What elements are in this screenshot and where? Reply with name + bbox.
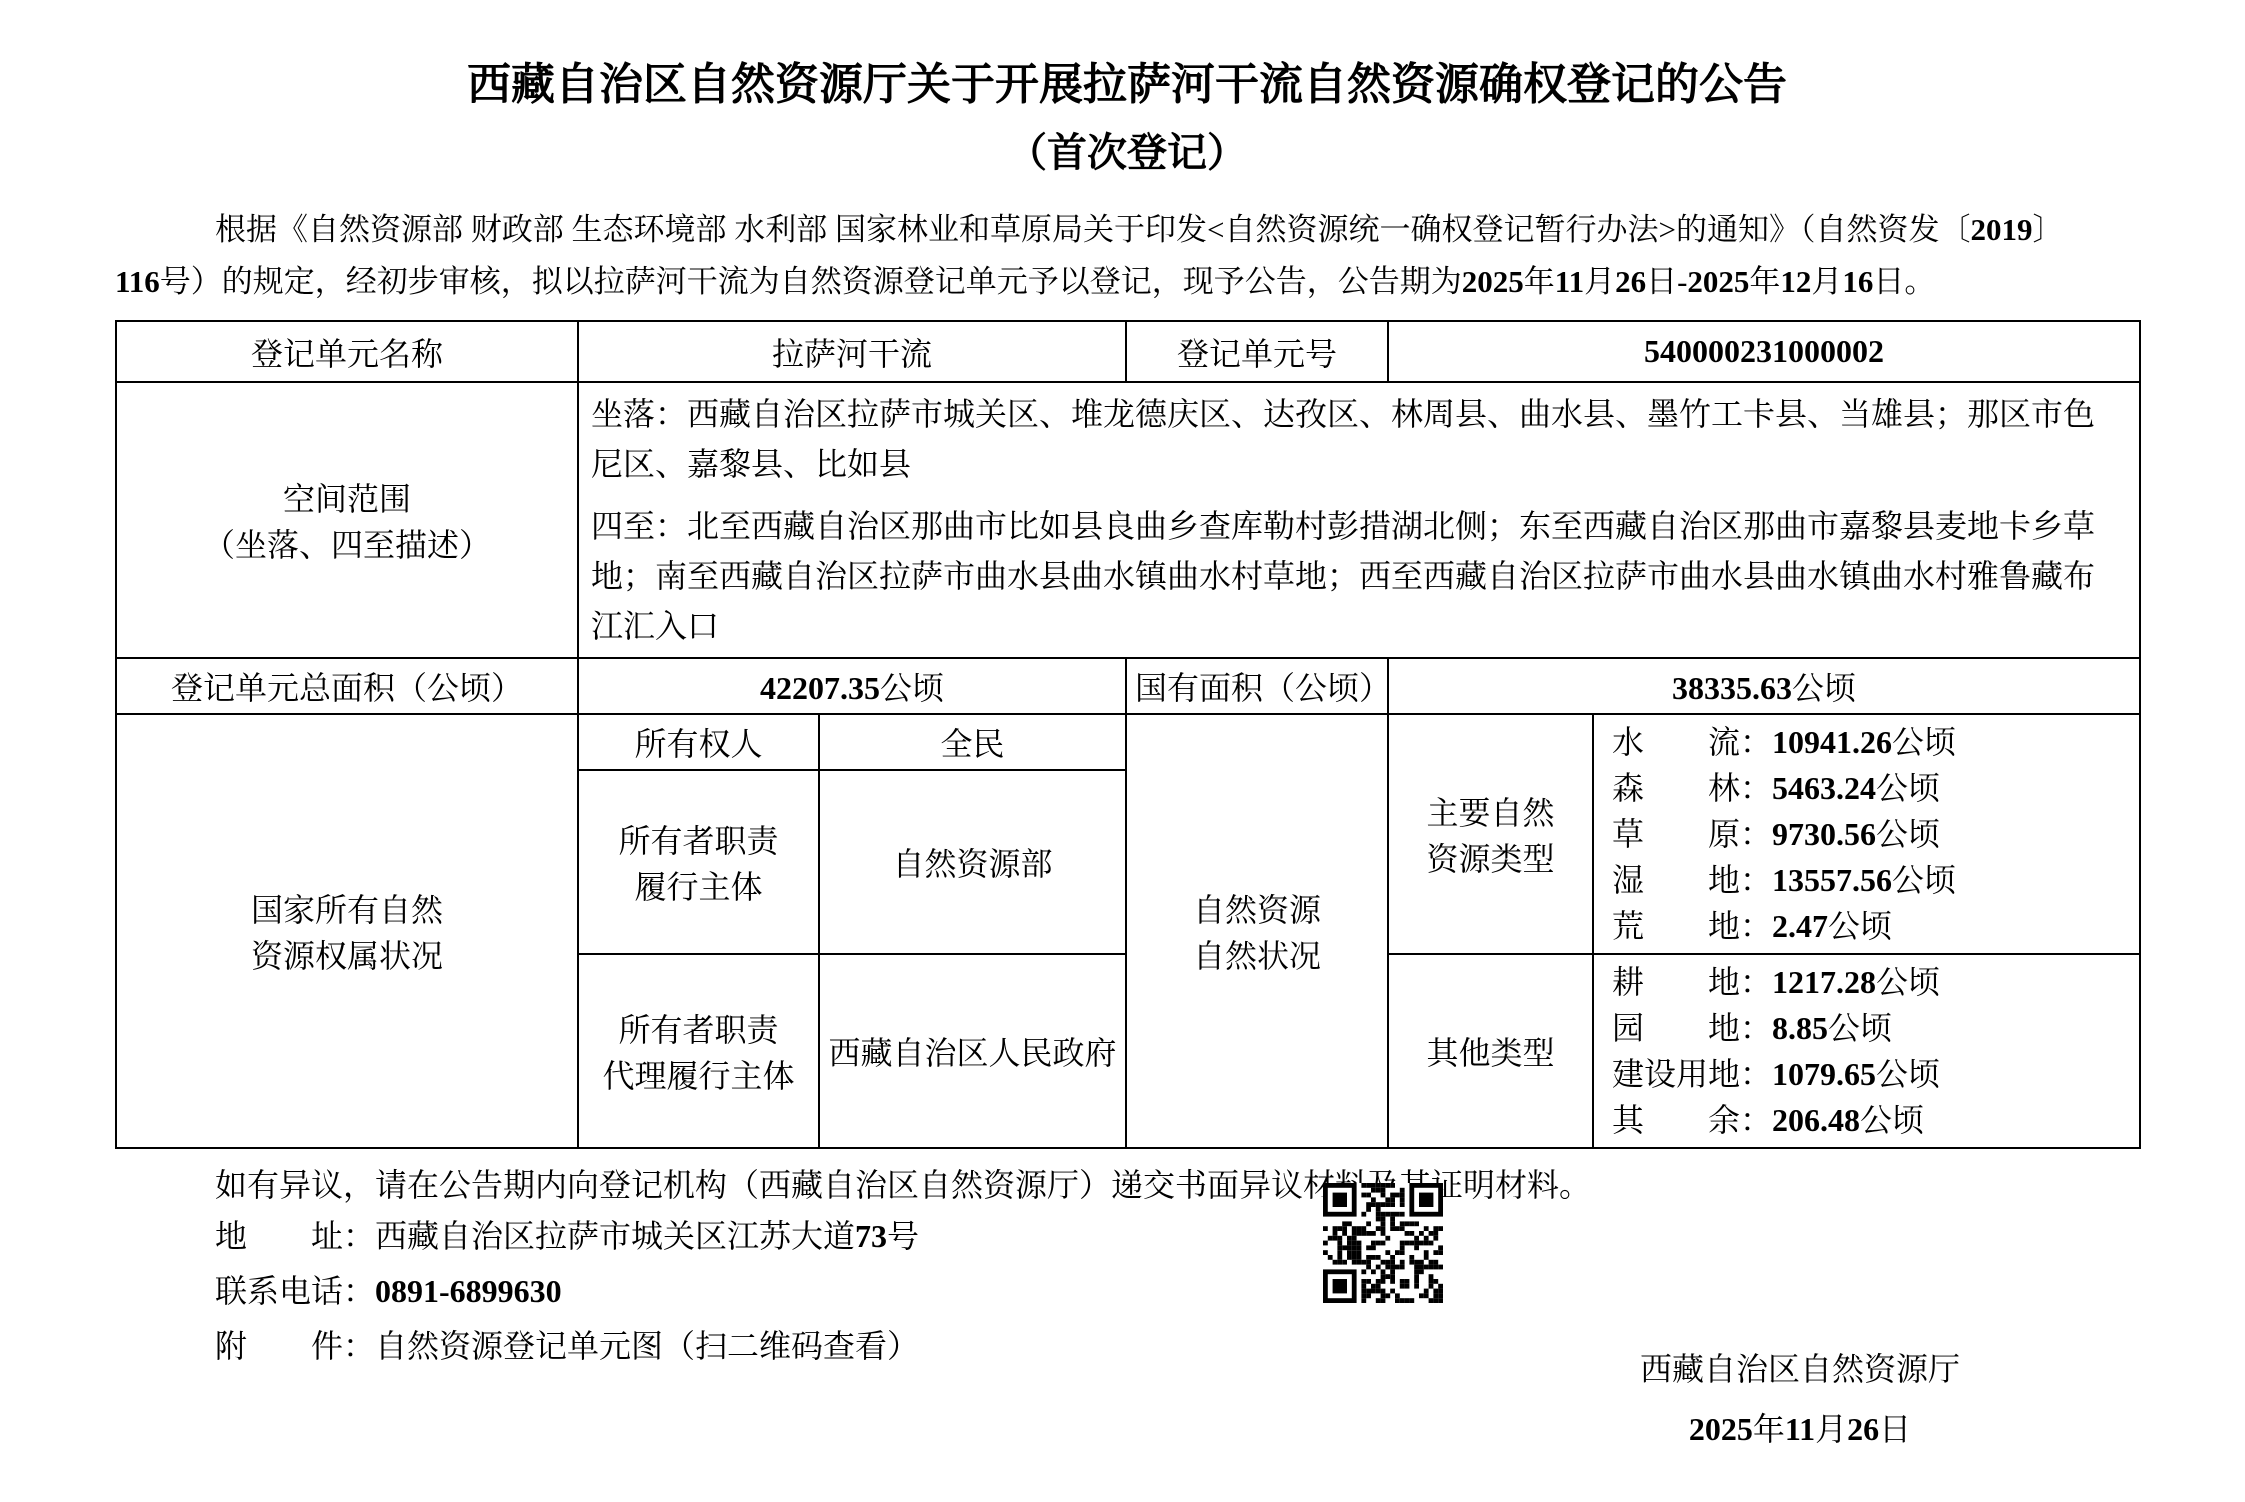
resource-item: 荒地：2.47公顷 [1612, 903, 2121, 949]
objection-note: 如有异议，请在公告期内向登记机构（西藏自治区自然资源厅）递交书面异议材料及其证明… [115, 1161, 2139, 1209]
ownership-section-label: 国家所有自然 资源权属状况 [116, 714, 578, 1148]
state-area-label: 国有面积（公顷） [1126, 658, 1388, 714]
resource-unit: 公顷 [1892, 857, 1956, 903]
address-line: 地址：西藏自治区拉萨市城关区江苏大道73号 [115, 1209, 2139, 1264]
resource-num: 5463.24 [1772, 765, 1876, 811]
resource-name: 湿地 [1612, 857, 1740, 903]
duty-performer-value: 自然资源部 [819, 770, 1126, 954]
resource-item: 园地：8.85公顷 [1612, 1005, 2121, 1051]
unit-name-value: 拉萨河干流 [578, 321, 1126, 382]
colon: ： [343, 1209, 375, 1264]
resource-name: 耕地 [1612, 959, 1740, 1005]
resource-item: 森林：5463.24公顷 [1612, 765, 2121, 811]
scope-content: 坐落：西藏自治区拉萨市城关区、堆龙德庆区、达孜区、林周县、曲水县、墨竹工卡县、当… [578, 382, 2140, 658]
resource-name: 园地 [1612, 1005, 1740, 1051]
resource-item: 湿地：13557.56公顷 [1612, 857, 2121, 903]
resource-name: 草原 [1612, 811, 1740, 857]
scope-zuoluo: 坐落：西藏自治区拉萨市城关区、堆龙德庆区、达孜区、林周县、曲水县、墨竹工卡县、当… [591, 389, 2127, 489]
resource-unit: 公顷 [1892, 719, 1956, 765]
agent-performer-value: 西藏自治区人民政府 [819, 954, 1126, 1148]
resource-unit: 公顷 [1876, 959, 1940, 1005]
resource-num: 206.48 [1772, 1097, 1860, 1143]
main-resource-items: 水流：10941.26公顷 森林：5463.24公顷 草原：9730.56公顷 … [1593, 714, 2140, 954]
resource-unit: 公顷 [1876, 1051, 1940, 1097]
duty-performer-label: 所有者职责 履行主体 [578, 770, 819, 954]
phone-label: 联系电话 [215, 1264, 343, 1319]
resource-item: 其余：206.48公顷 [1612, 1097, 2121, 1143]
resource-unit: 公顷 [1860, 1097, 1924, 1143]
registration-table: 登记单元名称 拉萨河干流 登记单元号 540000231000002 空间范围 … [115, 320, 2141, 1149]
colon: ： [1740, 1097, 1772, 1143]
colon: ： [1740, 857, 1772, 903]
total-area-value: 42207.35公顷 [578, 658, 1126, 714]
resource-unit: 公顷 [1876, 811, 1940, 857]
resource-num: 1079.65 [1772, 1051, 1876, 1097]
resource-num: 2.47 [1772, 903, 1828, 949]
main-resource-type-label: 主要自然 资源类型 [1388, 714, 1593, 954]
state-area-value: 38335.63公顷 [1388, 658, 2140, 714]
colon: ： [343, 1264, 375, 1319]
table-row: 国家所有自然 资源权属状况 所有权人 全民 自然资源 自然状况 主要自然 资源类… [116, 714, 2140, 770]
total-area-num: 42207.35 [760, 670, 880, 706]
page-subtitle: （首次登记） [115, 130, 2139, 176]
resource-unit: 公顷 [1828, 1005, 1892, 1051]
colon: ： [1740, 903, 1772, 949]
scope-sizhi: 四至：北至西藏自治区那曲市比如县良曲乡查库勒村彭措湖北侧；东至西藏自治区那曲市嘉… [591, 501, 2127, 651]
unit-no-label: 登记单元号 [1126, 321, 1388, 382]
resource-item: 建设用地：1079.65公顷 [1612, 1051, 2121, 1097]
resource-num: 8.85 [1772, 1005, 1828, 1051]
resource-num: 9730.56 [1772, 811, 1876, 857]
footer-block: 如有异议，请在公告期内向登记机构（西藏自治区自然资源厅）递交书面异议材料及其证明… [115, 1161, 2139, 1374]
unit-name-label: 登记单元名称 [116, 321, 578, 382]
resource-num: 13557.56 [1772, 857, 1892, 903]
resource-unit: 公顷 [1828, 903, 1892, 949]
colon: ： [1740, 1005, 1772, 1051]
colon: ： [1740, 959, 1772, 1005]
document-page: 西藏自治区自然资源厅关于开展拉萨河干流自然资源确权登记的公告 （首次登记） 根据… [0, 0, 2245, 1502]
resource-item: 耕地：1217.28公顷 [1612, 959, 2121, 1005]
resource-num: 1217.28 [1772, 959, 1876, 1005]
resource-name: 建设用地 [1612, 1051, 1740, 1097]
resource-item: 草原：9730.56公顷 [1612, 811, 2121, 857]
other-resource-items: 耕地：1217.28公顷 园地：8.85公顷 建设用地：1079.65公顷 其余… [1593, 954, 2140, 1148]
other-type-label: 其他类型 [1388, 954, 1593, 1148]
colon: ： [1740, 811, 1772, 857]
phone-line: 联系电话：0891-6899630 [115, 1264, 2139, 1319]
owner-value: 全民 [819, 714, 1126, 770]
signature-block: 西藏自治区自然资源厅 2025年11月26日 [1540, 1348, 2060, 1450]
resource-name: 其余 [1612, 1097, 1740, 1143]
attachment-value: 自然资源登记单元图（扫二维码查看） [375, 1319, 919, 1374]
agent-performer-label: 所有者职责 代理履行主体 [578, 954, 819, 1148]
phone-value: 0891-6899630 [375, 1264, 562, 1319]
colon: ： [1740, 1051, 1772, 1097]
document-content: 西藏自治区自然资源厅关于开展拉萨河干流自然资源确权登记的公告 （首次登记） 根据… [115, 0, 2139, 1374]
total-area-label: 登记单元总面积（公顷） [116, 658, 578, 714]
colon: ： [343, 1319, 375, 1374]
resource-num: 10941.26 [1772, 719, 1892, 765]
colon: ： [1740, 765, 1772, 811]
owner-label: 所有权人 [578, 714, 819, 770]
address-label: 地址 [215, 1209, 343, 1264]
signature-date: 2025年11月26日 [1540, 1408, 2060, 1450]
state-area-num: 38335.63 [1672, 670, 1792, 706]
address-value: 西藏自治区拉萨市城关区江苏大道73号 [375, 1209, 919, 1264]
scope-label: 空间范围 （坐落、四至描述） [116, 382, 578, 658]
signature-org: 西藏自治区自然资源厅 [1540, 1348, 2060, 1390]
intro-paragraph: 根据《自然资源部 财政部 生态环境部 水利部 国家林业和草原局关于印发<自然资源… [115, 204, 2139, 308]
unit-no-value: 540000231000002 [1388, 321, 2140, 382]
resource-item: 水流：10941.26公顷 [1612, 719, 2121, 765]
colon: ： [1740, 719, 1772, 765]
attachment-label: 附件 [215, 1319, 343, 1374]
table-row: 登记单元名称 拉萨河干流 登记单元号 540000231000002 [116, 321, 2140, 382]
total-area-unit: 公顷 [880, 670, 944, 706]
qr-code [1323, 1183, 1443, 1303]
state-area-unit: 公顷 [1792, 670, 1856, 706]
resource-name: 荒地 [1612, 903, 1740, 949]
table-row: 登记单元总面积（公顷） 42207.35公顷 国有面积（公顷） 38335.63… [116, 658, 2140, 714]
resource-name: 水流 [1612, 719, 1740, 765]
resource-unit: 公顷 [1876, 765, 1940, 811]
nature-section-label: 自然资源 自然状况 [1126, 714, 1388, 1148]
table-row: 空间范围 （坐落、四至描述） 坐落：西藏自治区拉萨市城关区、堆龙德庆区、达孜区、… [116, 382, 2140, 658]
resource-name: 森林 [1612, 765, 1740, 811]
page-title: 西藏自治区自然资源厅关于开展拉萨河干流自然资源确权登记的公告 [115, 60, 2139, 110]
